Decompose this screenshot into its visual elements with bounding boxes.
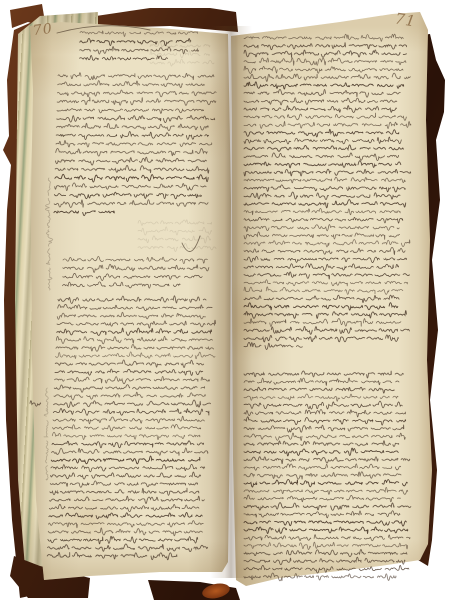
folio-number-left: 70: [32, 21, 54, 39]
folio-number-right: 71: [394, 9, 418, 30]
manuscript-photo: 70 71: [0, 0, 450, 601]
